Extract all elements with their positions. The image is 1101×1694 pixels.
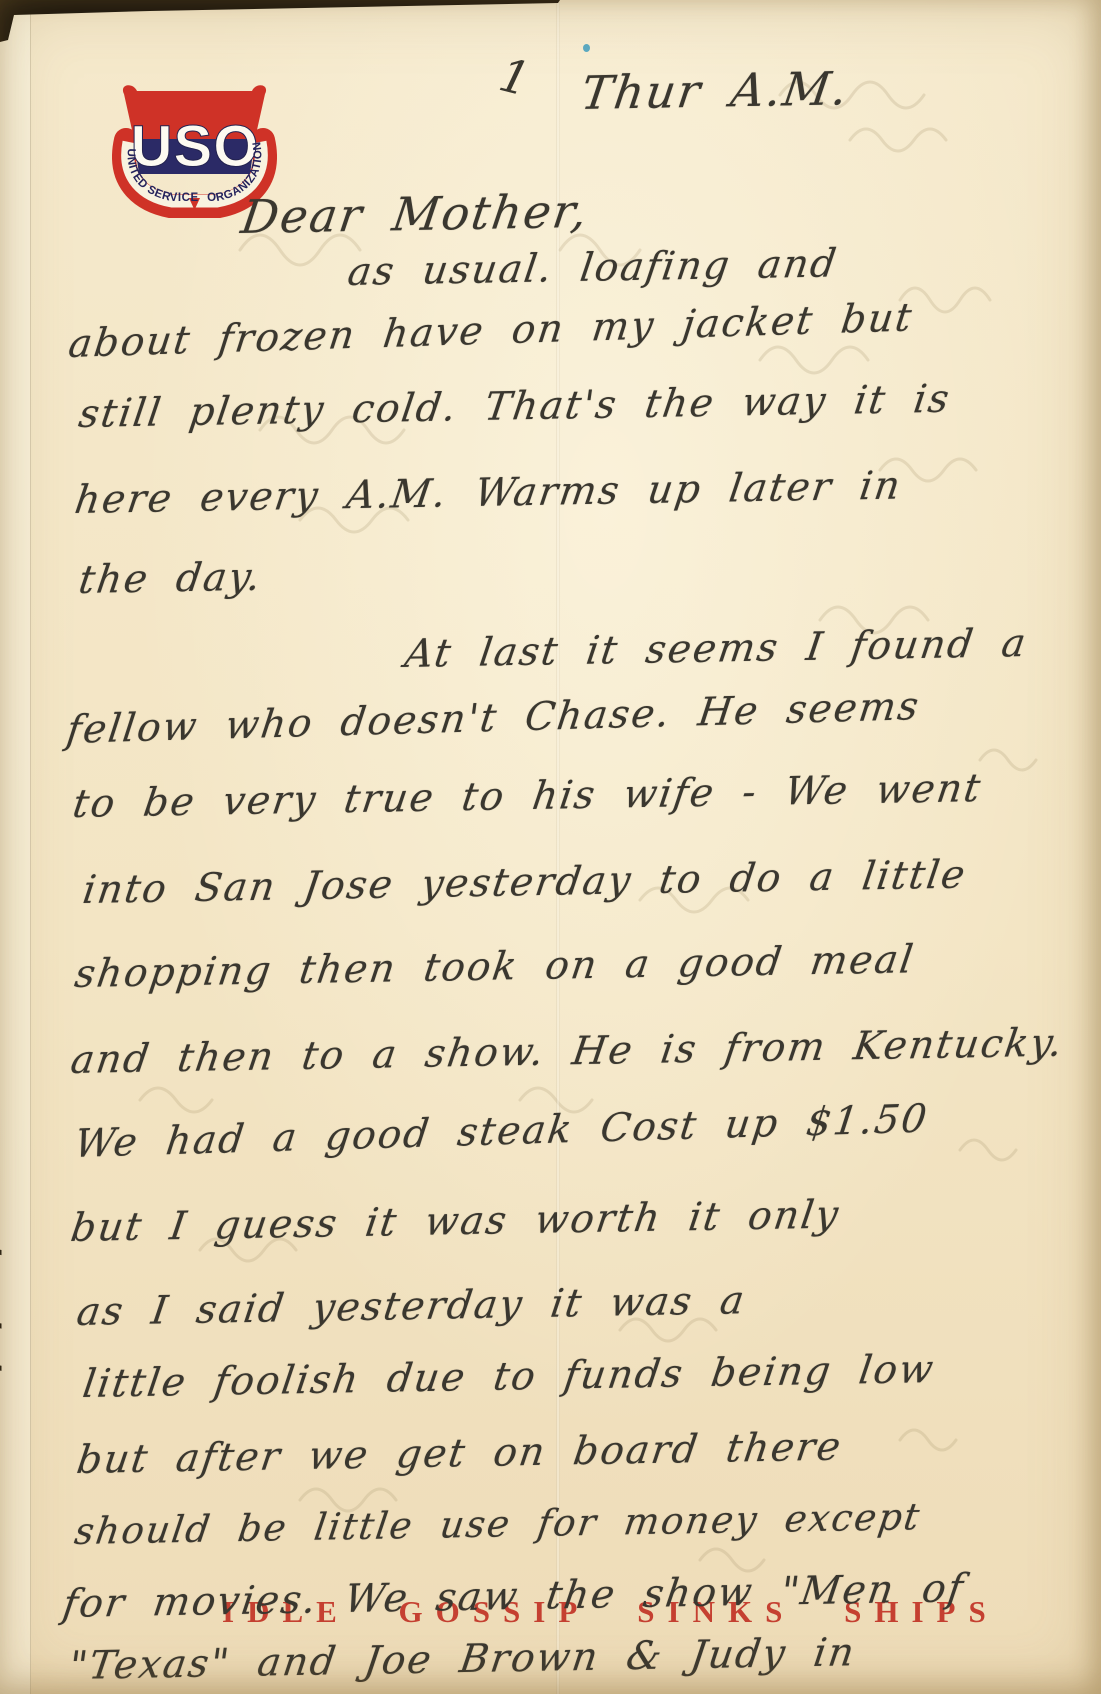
letter-line: as usual. loafing and	[345, 241, 841, 295]
ink-speck	[583, 44, 590, 52]
letter-line: Dear Mother,	[238, 184, 592, 244]
logo-acronym: USO	[131, 114, 260, 179]
watermark: www.genealogylady.net	[0, 1046, 6, 1458]
letter-line: the day.	[76, 555, 265, 603]
date-line: Thur A.M.	[578, 61, 853, 120]
letter-page: USO UNITED SERVICE ORGANIZATIONS 1 Thur …	[0, 0, 1101, 1694]
